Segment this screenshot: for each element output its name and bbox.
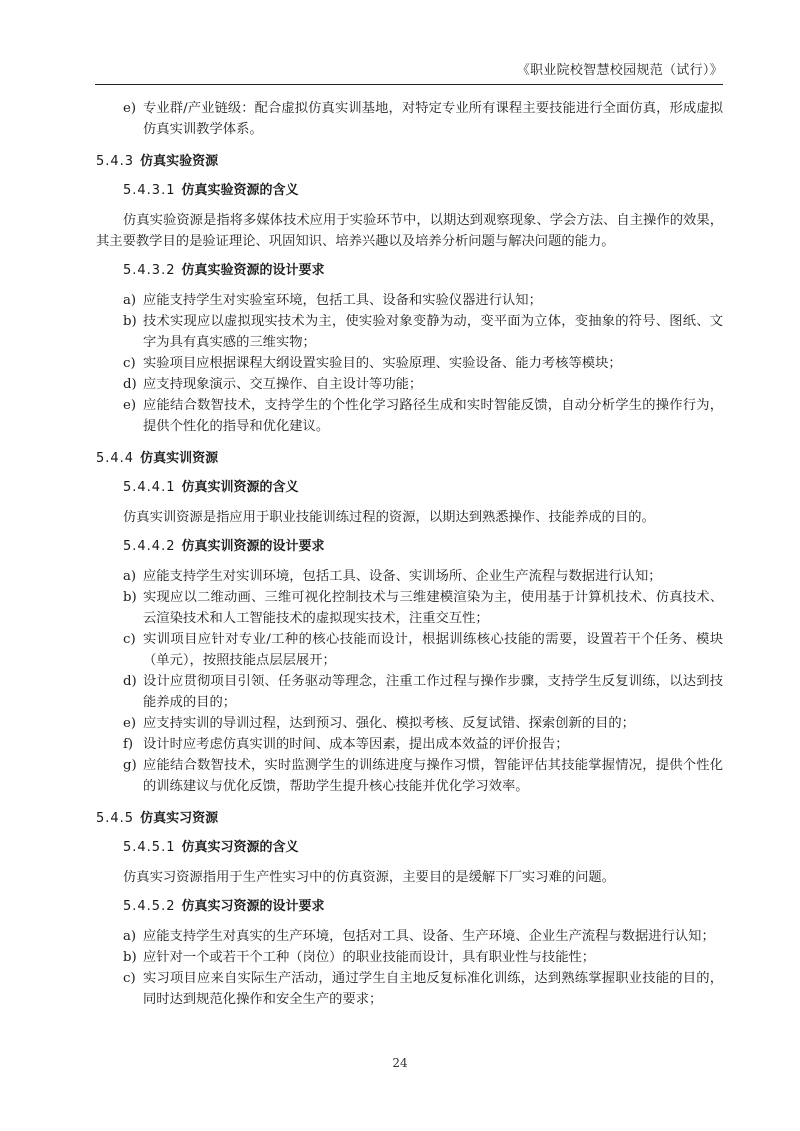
- subsection-heading: 5.4.4.1仿真实训资源的含义: [96, 478, 723, 498]
- list-item: a)应能支持学生对实训环境，包括工具、设备、实训场所、企业生产流程与数据进行认知…: [96, 566, 723, 587]
- section-heading: 5.4.3仿真实验资源: [96, 152, 723, 172]
- requirements-list: a)应能支持学生对真实的生产环境，包括对工具、设备、生产环境、企业生产流程与数据…: [96, 926, 723, 1010]
- requirements-list: a)应能支持学生对实验室环境，包括工具、设备和实验仪器进行认知； b)技术实现应…: [96, 290, 723, 437]
- list-item: a)应能支持学生对实验室环境，包括工具、设备和实验仪器进行认知；: [96, 290, 723, 311]
- list-item: a)应能支持学生对真实的生产环境，包括对工具、设备、生产环境、企业生产流程与数据…: [96, 926, 723, 947]
- list-item: b)技术实现应以虚拟现实技术为主，使实验对象变静为动，变平面为立体，变抽象的符号…: [96, 311, 723, 353]
- list-item: d)设计应贯彻项目引领、任务驱动等理念，注重工作过程与操作步骤，支持学生反复训练…: [96, 671, 723, 713]
- subsection-heading: 5.4.3.2仿真实验资源的设计要求: [96, 261, 723, 281]
- subsection-heading: 5.4.3.1仿真实验资源的含义: [96, 181, 723, 201]
- section-heading: 5.4.4仿真实训资源: [96, 449, 723, 469]
- subsection-heading: 5.4.5.1仿真实习资源的含义: [96, 838, 723, 858]
- paragraph: 仿真实习资源指用于生产性实习中的仿真资源，主要目的是缓解下厂实习难的问题。: [96, 867, 723, 888]
- list-item: e) 专业群/产业链级：配合虚拟仿真实训基地，对特定专业所有课程主要技能进行全面…: [96, 98, 723, 140]
- document-title: 《职业院校智慧校园规范（试行）》: [517, 63, 723, 78]
- requirements-list: a)应能支持学生对实训环境，包括工具、设备、实训场所、企业生产流程与数据进行认知…: [96, 566, 723, 797]
- list-item: e)应支持实训的导训过程，达到预习、强化、模拟考核、反复试错、探索创新的目的；: [96, 713, 723, 734]
- document-body: e) 专业群/产业链级：配合虚拟仿真实训基地，对特定专业所有课程主要技能进行全面…: [96, 98, 723, 1010]
- list-item: g)应能结合数智技术，实时监测学生的训练进度与操作习惯，智能评估其技能掌握情况，…: [96, 755, 723, 797]
- paragraph: 仿真实验资源是指将多媒体技术应用于实验环节中，以期达到观察现象、学会方法、自主操…: [96, 210, 723, 252]
- list-item: b)应针对一个或若干个工种（岗位）的职业技能而设计，具有职业性与技能性；: [96, 947, 723, 968]
- page-header: 《职业院校智慧校园规范（试行）》: [95, 60, 723, 85]
- subsection-heading: 5.4.4.2仿真实训资源的设计要求: [96, 537, 723, 557]
- list-item: c)实训项目应针对专业/工种的核心技能而设计，根据训练核心技能的需要，设置若干个…: [96, 629, 723, 671]
- paragraph: 仿真实训资源是指应用于职业技能训练过程的资源，以期达到熟悉操作、技能养成的目的。: [96, 507, 723, 528]
- page-number: 24: [0, 1056, 800, 1070]
- subsection-heading: 5.4.5.2仿真实习资源的设计要求: [96, 897, 723, 917]
- list-item: f)设计时应考虑仿真实训的时间、成本等因素，提出成本效益的评价报告；: [96, 734, 723, 755]
- list-item: b)实现应以二维动画、三维可视化控制技术与三维建模渲染为主，使用基于计算机技术、…: [96, 587, 723, 629]
- list-item: c)实习项目应来自实际生产活动，通过学生自主地反复标准化训练，达到熟练掌握职业技…: [96, 968, 723, 1010]
- list-item-text: 专业群/产业链级：配合虚拟仿真实训基地，对特定专业所有课程主要技能进行全面仿真，…: [143, 101, 723, 137]
- section-heading: 5.4.5仿真实习资源: [96, 809, 723, 829]
- list-marker: e): [123, 98, 136, 119]
- list-item: e)应能结合数智技术，支持学生的个性化学习路径生成和实时智能反馈，自动分析学生的…: [96, 395, 723, 437]
- list-item: d)应支持现象演示、交互操作、自主设计等功能；: [96, 374, 723, 395]
- list-item: c)实验项目应根据课程大纲设置实验目的、实验原理、实验设备、能力考核等模块；: [96, 353, 723, 374]
